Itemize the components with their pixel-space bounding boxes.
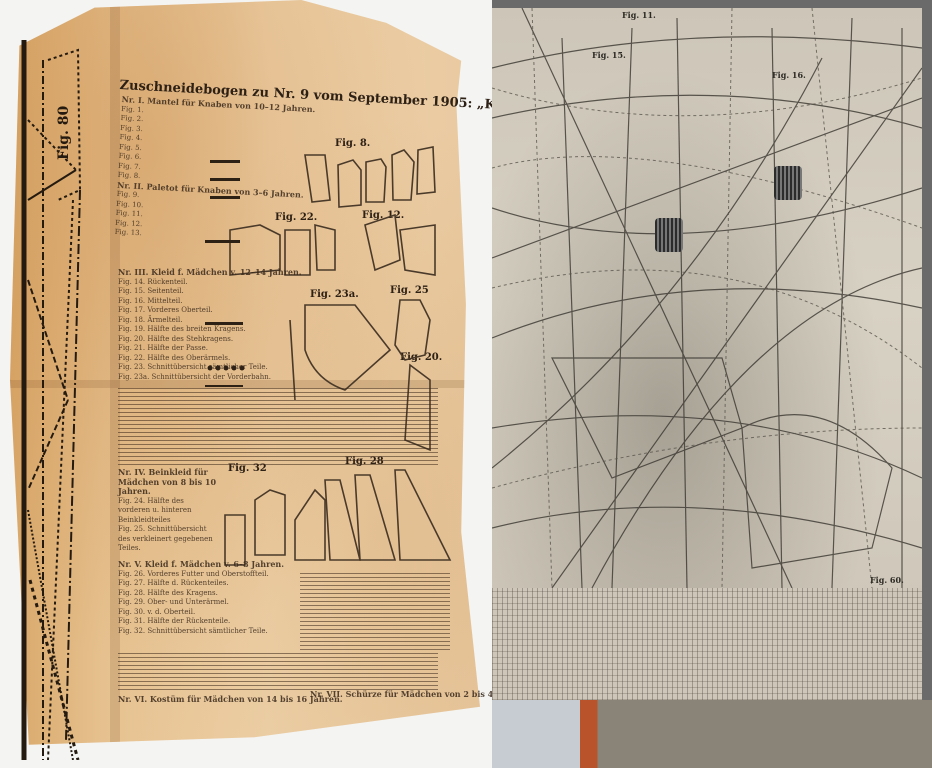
svg-text:Fig. 15.: Fig. 15. <box>592 50 626 60</box>
section-list-3: Nr. III. Kleid f. Mädchen v. 12–14 Jahre… <box>118 268 302 382</box>
pattern-lines-strip: Fig. 80 <box>18 40 113 760</box>
svg-text:Fig. 16.: Fig. 16. <box>772 70 806 80</box>
right-photo-pattern-sheet: Fig. 11. Fig. 15. Fig. 16. Fig. 60. <box>492 0 932 768</box>
svg-text:Fig. 60.: Fig. 60. <box>870 575 904 585</box>
section-list-1: Nr. I. Mantel für Knaben von 10–12 Jahre… <box>114 95 315 247</box>
body-text-paragraph <box>300 570 450 650</box>
overlapping-pattern-lines: Fig. 11. Fig. 15. Fig. 16. Fig. 60. <box>492 8 922 588</box>
body-text-paragraph <box>118 650 438 690</box>
section-list-4: Nr. IV. Beinkleid für Mädchen von 8 bis … <box>118 468 218 554</box>
svg-text:Fig. 11.: Fig. 11. <box>622 10 656 20</box>
binder-clip <box>774 166 802 200</box>
body-text-paragraph <box>118 385 438 465</box>
section-list-7: Nr. VII. Schürze für Mädchen von 2 bis 4… <box>310 690 492 700</box>
background-floor <box>492 700 932 768</box>
printed-instructions-text <box>492 588 922 718</box>
section-list-6: Nr. VI. Kostüm für Mädchen von 14 bis 16… <box>118 695 343 705</box>
binder-clip <box>655 218 683 252</box>
section-list-5: Nr. V. Kleid f. Mädchen v. 6–8 Jahren. F… <box>118 560 284 636</box>
svg-text:Fig. 80: Fig. 80 <box>56 105 72 160</box>
left-photo-pattern-sheet: Fig. 80 Zuschneidebogen zu Nr. 9 vom Sep… <box>0 0 492 768</box>
grey-pattern-sheet: Fig. 11. Fig. 15. Fig. 16. Fig. 60. <box>492 8 922 743</box>
